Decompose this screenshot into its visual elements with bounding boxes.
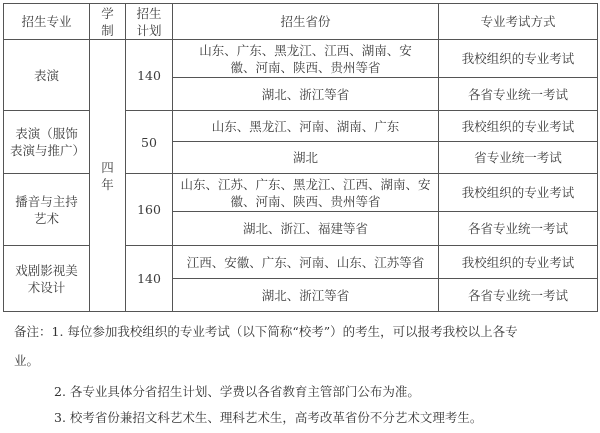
header-major: 招生专业 [4,4,90,40]
note-1-line-2: 业。 [14,351,594,371]
plan-cell: 140 [126,40,173,111]
exam-method-cell: 我校组织的专业考试 [439,40,598,78]
exam-method-cell: 我校组织的专业考试 [439,174,598,212]
notes-section: 备注：1. 每位参加我校组织的专业考试（以下简称“校考”）的考生，可以报考我校以… [14,322,594,428]
table-row: 表演 四年 140 山东、广东、黑龙江、江西、湖南、安徽、河南、陕西、贵州等省 … [4,40,598,78]
duration-line2: 年 [101,177,114,192]
table-header-row: 招生专业 学制 招生计划 招生省份 专业考试方式 [4,4,598,40]
header-provinces-label: 招生省份 [280,14,330,29]
exam-method-cell: 各省专业统一考试 [439,279,598,312]
header-plan-line2: 计划 [136,23,161,38]
major-name-cell: 播音与主持艺术 [4,174,90,246]
provinces-cell: 湖北、浙江、福建等省 [173,212,439,246]
admissions-table: 招生专业 学制 招生计划 招生省份 专业考试方式 表演 四年 140 山东、广东… [3,3,598,312]
exam-method-cell: 省专业统一考试 [439,142,598,174]
provinces-cell: 湖北、浙江等省 [173,279,439,312]
provinces-cell: 湖北、浙江等省 [173,78,439,111]
header-exam-method: 专业考试方式 [439,4,598,40]
major-name-cell: 表演（服饰表演与推广） [4,111,90,174]
note-2: 2. 各专业具体分省招生计划、学费以各省教育主管部门公布为准。 [14,382,594,402]
duration-line1: 四 [101,160,114,175]
plan-cell: 140 [126,246,173,312]
exam-method-cell: 我校组织的专业考试 [439,246,598,279]
note-3: 3. 校考省份兼招文科艺术生、理科艺术生，高考改革省份不分艺术文理考生。 [14,408,594,428]
header-plan: 招生计划 [126,4,173,40]
header-plan-line1: 招生 [136,6,161,21]
duration-cell: 四年 [90,40,126,312]
major-name-cell: 戏剧影视美术设计 [4,246,90,312]
provinces-cell: 山东、江苏、广东、黑龙江、江西、湖南、安徽、河南、陕西、贵州等省 [173,174,439,212]
provinces-cell: 山东、广东、黑龙江、江西、湖南、安徽、河南、陕西、贵州等省 [173,40,439,78]
exam-method-cell: 我校组织的专业考试 [439,111,598,142]
plan-cell: 50 [126,111,173,174]
plan-cell: 160 [126,174,173,246]
header-exam-method-label: 专业考试方式 [480,14,555,29]
provinces-cell: 山东、黑龙江、河南、湖南、广东 [173,111,439,142]
provinces-cell: 湖北 [173,142,439,174]
provinces-cell: 江西、安徽、广东、河南、山东、江苏等省 [173,246,439,279]
header-duration-line1: 学 [101,6,114,21]
header-duration: 学制 [90,4,126,40]
exam-method-cell: 各省专业统一考试 [439,212,598,246]
major-name-cell: 表演 [4,40,90,111]
exam-method-cell: 各省专业统一考试 [439,78,598,111]
header-duration-line2: 制 [101,23,114,38]
note-1-line-1: 备注：1. 每位参加我校组织的专业考试（以下简称“校考”）的考生，可以报考我校以… [14,322,594,342]
header-provinces: 招生省份 [173,4,439,40]
header-major-label: 招生专业 [21,14,71,29]
admissions-document: 招生专业 学制 招生计划 招生省份 专业考试方式 表演 四年 140 山东、广东… [0,0,600,433]
